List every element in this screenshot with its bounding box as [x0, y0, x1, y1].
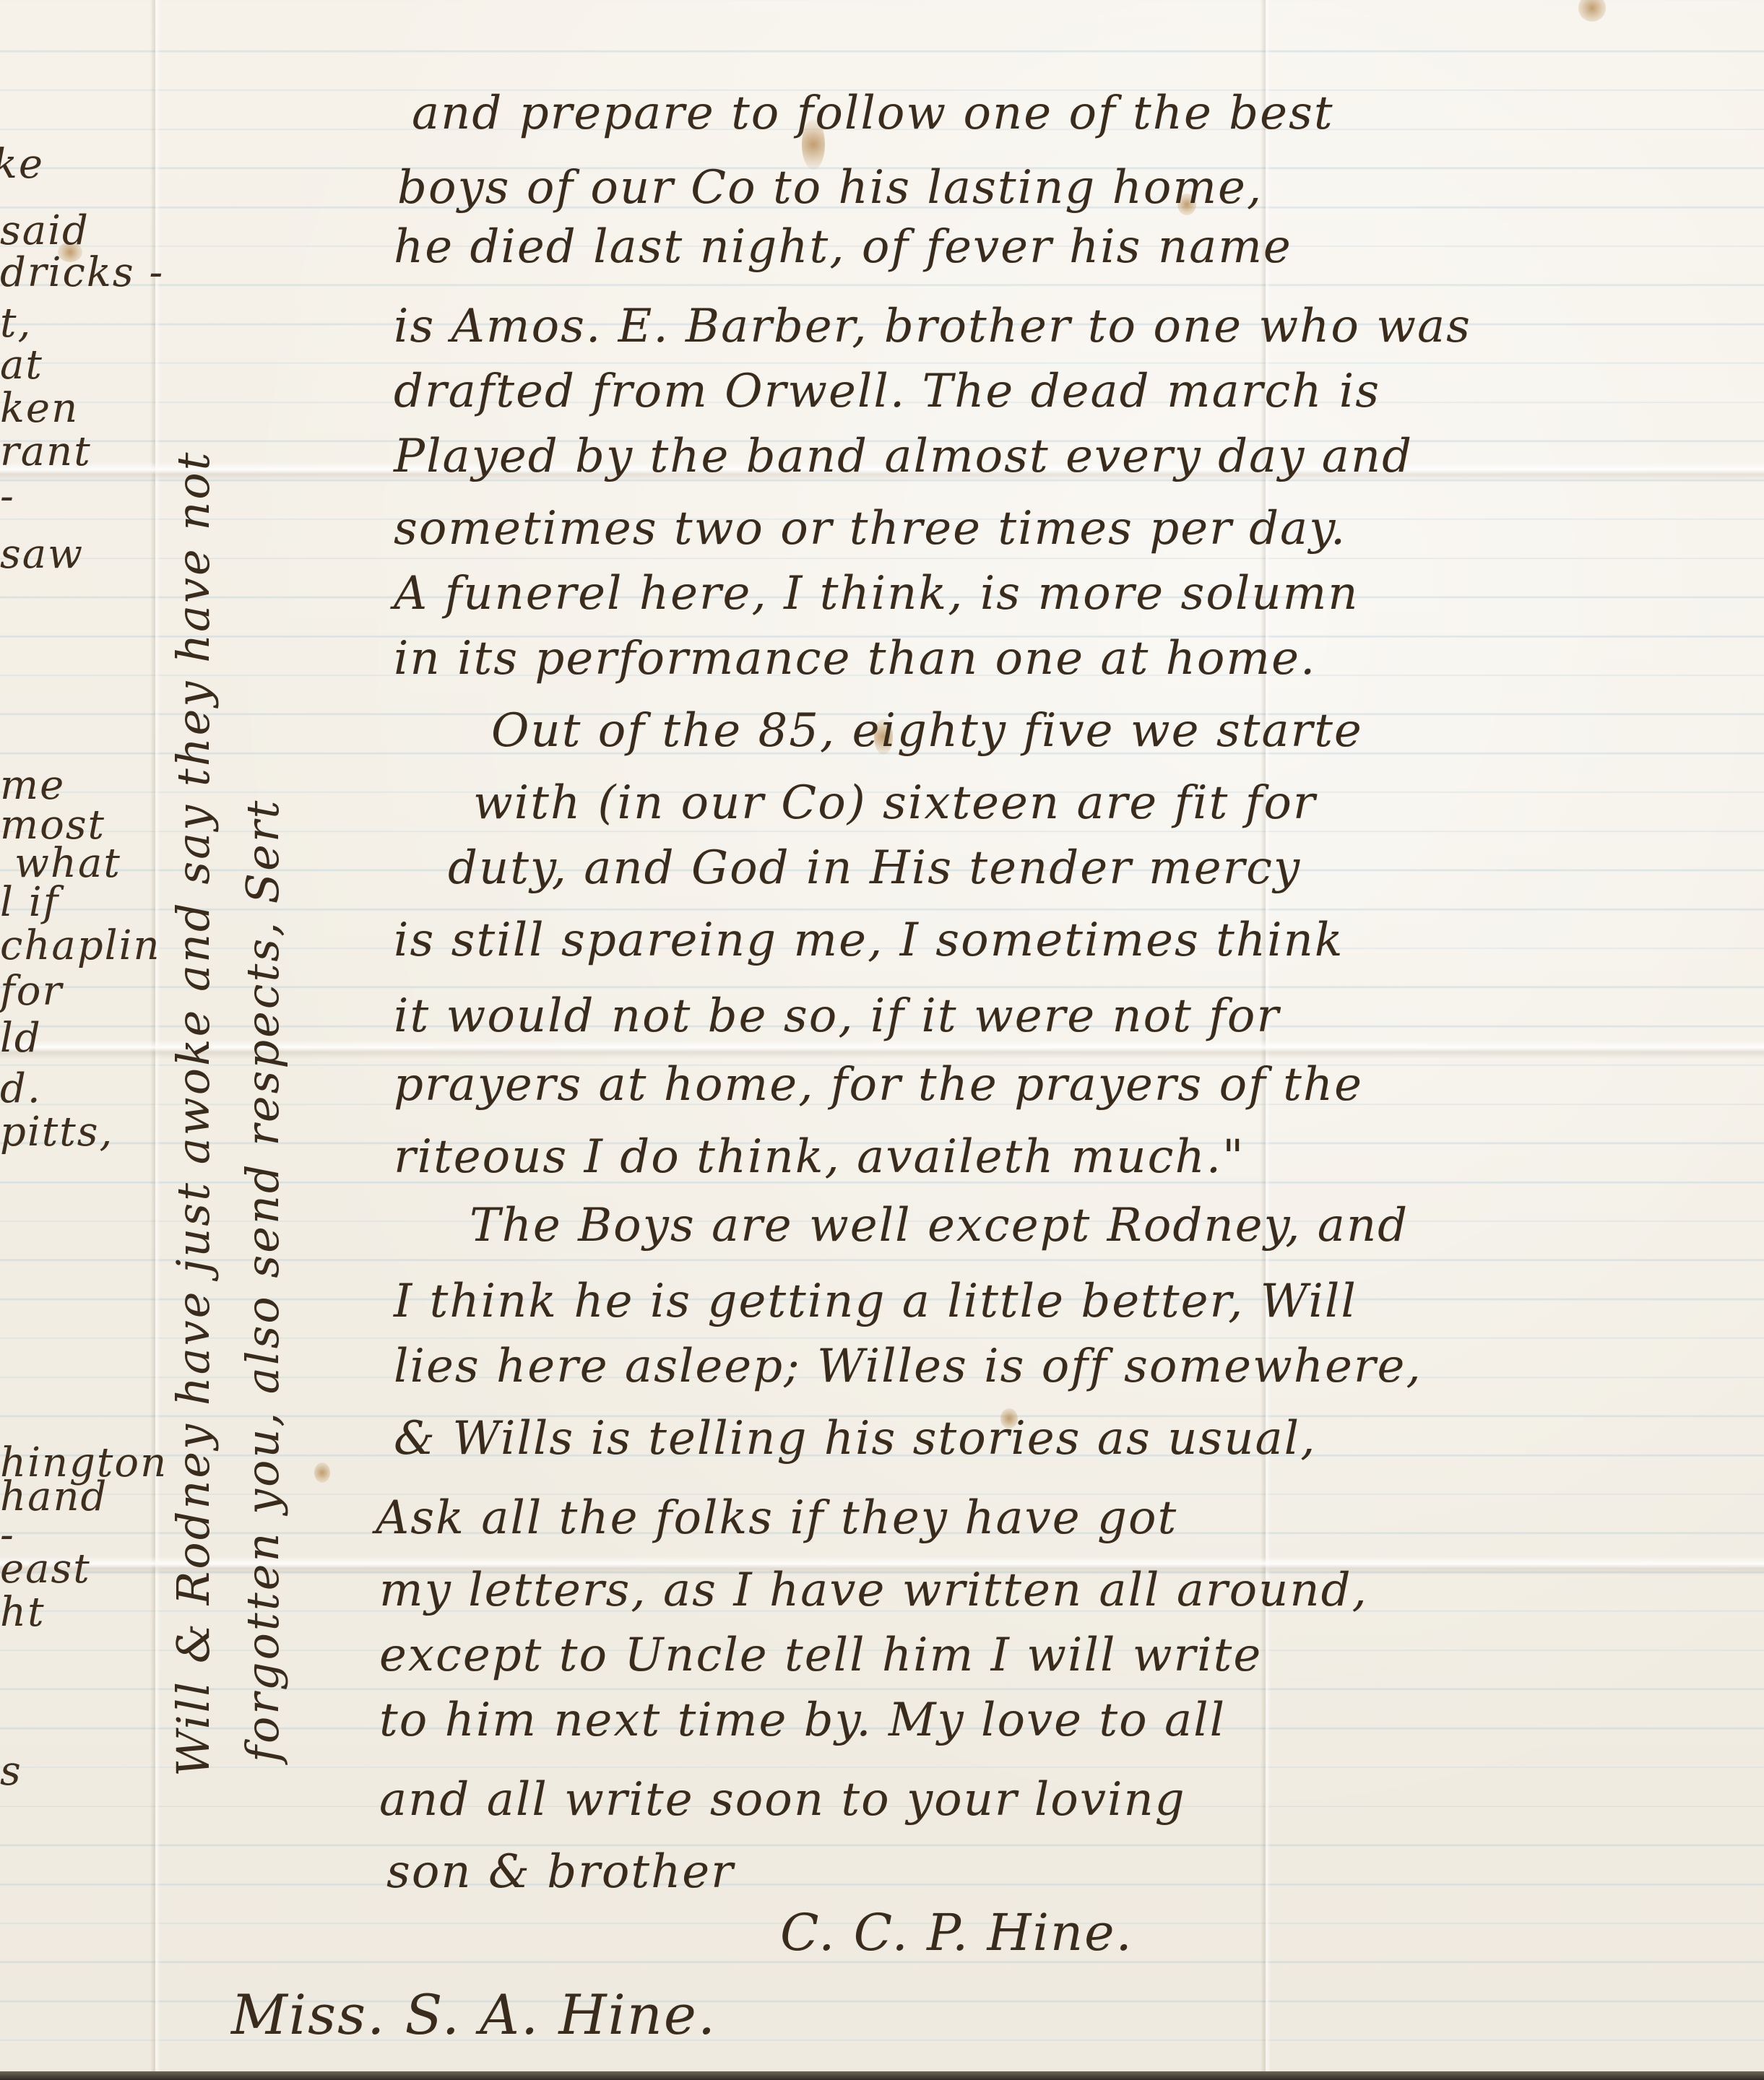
margin-fragment: dricks -: [0, 253, 164, 293]
body-line: and prepare to follow one of the best: [412, 90, 1334, 136]
body-line: Played by the band almost every day and: [394, 433, 1413, 480]
margin-fragment: at: [0, 345, 43, 386]
margin-fragment: me: [0, 766, 65, 806]
margin-fragment: ken: [0, 389, 79, 429]
body-line: in its performance than one at home.: [394, 636, 1316, 682]
body-line: The Boys are well except Rodney, and: [470, 1202, 1409, 1249]
addressee: Miss. S. A. Hine.: [231, 1982, 717, 2047]
body-line: A funerel here, I think, is more solumn: [394, 571, 1359, 617]
body-line: to him next time by. My love to all: [379, 1697, 1226, 1743]
body-line: son & brother: [386, 1849, 735, 1895]
stain-mark: [314, 1462, 330, 1483]
margin-postscript: Will & Rodney have just awoke and say th…: [159, 7, 298, 1777]
body-line: is still spareing me, I sometimes think: [394, 917, 1344, 963]
margin-fragment: saw: [0, 534, 84, 575]
margin-fragment: -: [0, 477, 15, 517]
margin-fragment: what: [14, 844, 121, 884]
body-line: duty, and God in His tender mercy: [448, 845, 1301, 891]
margin-fragment: t,: [0, 303, 32, 344]
margin-fragment: rant: [0, 432, 92, 472]
margin-fragment: ht: [0, 1592, 46, 1633]
signature: C. C. P. Hine.: [780, 1903, 1133, 1962]
body-line: my letters, as I have written all around…: [379, 1567, 1368, 1613]
page-bottom-edge: [0, 2071, 1764, 2080]
body-line: except to Uncle tell him I will write: [379, 1632, 1262, 1678]
margin-fragment: for: [0, 971, 63, 1012]
margin-fragment: chaplin: [0, 926, 161, 966]
letter-page: ke said dricks - t, at ken rant - saw me…: [0, 0, 1764, 2080]
postscript-line-1: Will & Rodney have just awoke and say th…: [159, 7, 228, 1777]
body-line: is Amos. E. Barber, brother to one who w…: [394, 303, 1471, 350]
margin-fragment: d.: [0, 1069, 42, 1109]
postscript-line-2: forgotten you, also send respects, Sert: [228, 7, 298, 1777]
margin-fragment: ke: [0, 144, 44, 185]
margin-fragment: hand: [0, 1477, 108, 1517]
margin-fragment: east: [0, 1549, 91, 1590]
margin-fragment: pitts,: [0, 1112, 113, 1153]
margin-fragment: s: [0, 1751, 22, 1792]
body-line: Ask all the folks if they have got: [376, 1495, 1177, 1541]
margin-fragment: l if: [0, 883, 59, 923]
body-line: prayers at home, for the prayers of the: [394, 1062, 1363, 1108]
body-line: & Wills is telling his stories as usual,: [394, 1416, 1316, 1462]
body-line: drafted from Orwell. The dead march is: [394, 368, 1380, 415]
stain-mark: [1578, 0, 1606, 22]
body-line: boys of our Co to his lasting home,: [397, 165, 1263, 211]
margin-fragment: ld: [0, 1018, 42, 1059]
body-line: I think he is getting a little better, W…: [394, 1278, 1357, 1325]
body-line: sometimes two or three times per day.: [394, 506, 1346, 552]
body-line: with (in our Co) sixteen are fit for: [473, 780, 1316, 826]
body-line: he died last night, of fever his name: [394, 224, 1292, 270]
body-line: and all write soon to your loving: [379, 1777, 1186, 1823]
body-line: Out of the 85, eighty five we starte: [491, 708, 1363, 754]
body-line: riteous I do think, availeth much.": [394, 1134, 1245, 1180]
body-line: it would not be so, if it were not for: [394, 993, 1280, 1039]
margin-fragment: said: [0, 211, 90, 251]
body-line: lies here asleep; Willes is off somewher…: [394, 1343, 1422, 1390]
